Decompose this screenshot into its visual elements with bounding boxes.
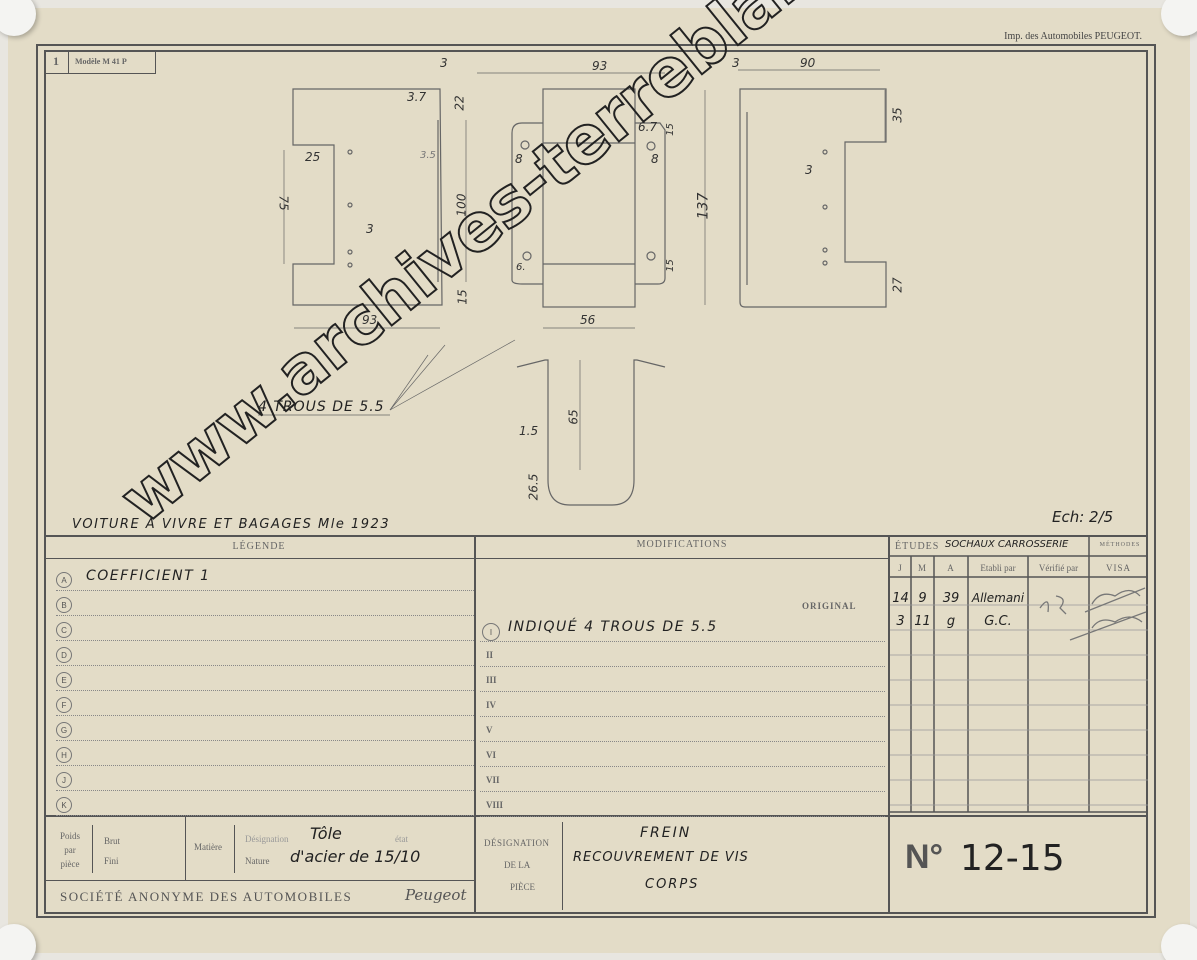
etude-a: g bbox=[934, 614, 968, 629]
etudes-grid bbox=[0, 0, 1197, 960]
brace bbox=[562, 822, 563, 910]
piece-label: DÉSIGNATION bbox=[484, 838, 550, 848]
peugeot-logo: Peugeot bbox=[405, 886, 467, 904]
piece-line: FREIN bbox=[640, 825, 691, 841]
col-etabli: Etabli par bbox=[968, 563, 1028, 573]
piece-label: PIÈCE bbox=[510, 882, 535, 892]
etudes-department: SOCHAUX CARROSSERIE bbox=[945, 539, 1068, 550]
drawing-number: 12-15 bbox=[960, 838, 1065, 879]
etude-j: 14 bbox=[890, 591, 911, 606]
matiere-label: Matière bbox=[194, 842, 222, 852]
etudes-header: ÉTUDES bbox=[895, 541, 939, 552]
etude-j: 3 bbox=[890, 614, 911, 629]
piece-line: CORPS bbox=[645, 877, 699, 892]
brace bbox=[234, 825, 235, 873]
col-j: J bbox=[890, 563, 911, 573]
nature-label: Nature bbox=[245, 856, 270, 866]
brut-label: Brut bbox=[104, 836, 120, 846]
col-a: A bbox=[934, 563, 968, 573]
number-label: N° bbox=[905, 838, 943, 877]
material-nature: d'acier de 15/10 bbox=[290, 847, 420, 866]
col-m: M bbox=[911, 563, 934, 573]
etat-label: état bbox=[395, 834, 408, 844]
col-verifie: Vérifié par bbox=[1028, 563, 1089, 573]
material-designation: Tôle bbox=[310, 824, 342, 843]
etude-etabli: G.C. bbox=[968, 614, 1028, 629]
company-name: SOCIÉTÉ ANONYME DES AUTOMOBILES bbox=[60, 889, 352, 905]
etude-a: 39 bbox=[934, 591, 968, 606]
etude-etabli: Allemani bbox=[968, 591, 1028, 605]
methodes-header: MÉTHODES bbox=[1092, 542, 1148, 548]
fini-label: Fini bbox=[104, 856, 119, 866]
designation-label: Désignation bbox=[245, 834, 289, 844]
poids-label: Poids par pièce bbox=[54, 829, 86, 871]
etude-m: 11 bbox=[911, 614, 934, 629]
etude-m: 9 bbox=[911, 591, 934, 606]
divider bbox=[185, 817, 186, 880]
piece-line: RECOUVREMENT DE VIS bbox=[573, 850, 749, 865]
col-visa: VISA bbox=[1089, 563, 1148, 573]
brace bbox=[92, 825, 93, 873]
piece-label: DE LA bbox=[504, 860, 530, 870]
